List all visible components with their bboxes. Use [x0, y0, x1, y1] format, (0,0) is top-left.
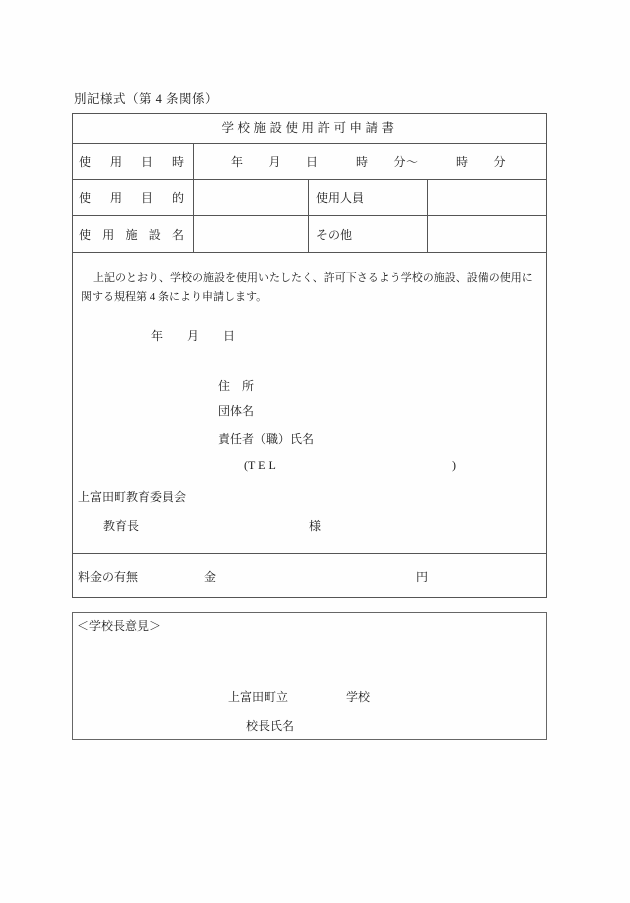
document-page: 別記様式（第 4 条関係） 学校施設使用許可申請書 使用日時 年 月 日 時 分… — [0, 0, 630, 903]
tel-close: ) — [452, 458, 456, 473]
purpose-label: 使用目的 — [79, 189, 184, 206]
fee-amount-suffix: 円 — [416, 568, 428, 585]
school-name-line: 上富田町立 学校 — [228, 688, 370, 705]
chief-line: 教育長 様 — [103, 517, 321, 534]
other-label-cell: その他 — [309, 216, 428, 252]
fee-label: 料金の有無 — [73, 568, 138, 585]
principal-opinion-box: ＜学校長意見＞ 上富田町立 学校 校長氏名 — [72, 612, 547, 740]
committee-name: 上富田町教育委員会 — [78, 488, 186, 505]
facility-input-cell — [194, 216, 309, 252]
facility-label: 使用施設名 — [79, 226, 184, 243]
personnel-label: 使用人員 — [316, 189, 364, 206]
organization-label: 団体名 — [218, 402, 254, 419]
purpose-label-cell: 使用目的 — [73, 180, 194, 215]
school-name-prefix: 上富田町立 — [228, 688, 288, 705]
address-label: 住 所 — [218, 377, 254, 394]
table-row-datetime: 使用日時 年 月 日 時 分～ 時 分 — [73, 144, 546, 180]
table-row-facility: 使用施設名 その他 — [73, 216, 546, 253]
tel-line: (T E L ) — [244, 458, 456, 473]
honorific: 様 — [309, 517, 321, 534]
datetime-label-cell: 使用日時 — [73, 144, 194, 179]
representative-label: 責任者（職）氏名 — [218, 430, 314, 447]
fee-amount-prefix: 金 — [204, 568, 216, 585]
application-statement: 上記のとおり、学校の施設を使用いたしたく、許可下さるよう学校の施設、設備の使用に… — [81, 269, 541, 307]
tel-open: (T E L — [244, 458, 276, 473]
datetime-label: 使用日時 — [79, 153, 184, 170]
table-row-purpose: 使用目的 使用人員 — [73, 180, 546, 216]
personnel-input-cell — [428, 180, 546, 215]
personnel-label-cell: 使用人員 — [309, 180, 428, 215]
school-name-suffix: 学校 — [346, 688, 370, 705]
page-title: 別記様式（第 4 条関係） — [74, 89, 218, 107]
chief-label: 教育長 — [103, 517, 139, 534]
facility-label-cell: 使用施設名 — [73, 216, 194, 252]
principal-name-label: 校長氏名 — [246, 717, 294, 734]
purpose-input-cell — [194, 180, 309, 215]
application-form-table: 学校施設使用許可申請書 使用日時 年 月 日 時 分～ 時 分 使用目的 使用人… — [72, 113, 547, 598]
other-label: その他 — [316, 226, 352, 243]
application-date-line: 年 月 日 — [151, 327, 235, 344]
opinion-heading: ＜学校長意見＞ — [77, 617, 161, 634]
application-body: 上記のとおり、学校の施設を使用いたしたく、許可下さるよう学校の施設、設備の使用に… — [73, 253, 546, 553]
form-title: 学校施設使用許可申請書 — [73, 114, 546, 144]
fee-row: 料金の有無 金 円 — [73, 553, 546, 598]
datetime-value-cell: 年 月 日 時 分～ 時 分 — [194, 144, 546, 179]
other-input-cell — [428, 216, 546, 252]
